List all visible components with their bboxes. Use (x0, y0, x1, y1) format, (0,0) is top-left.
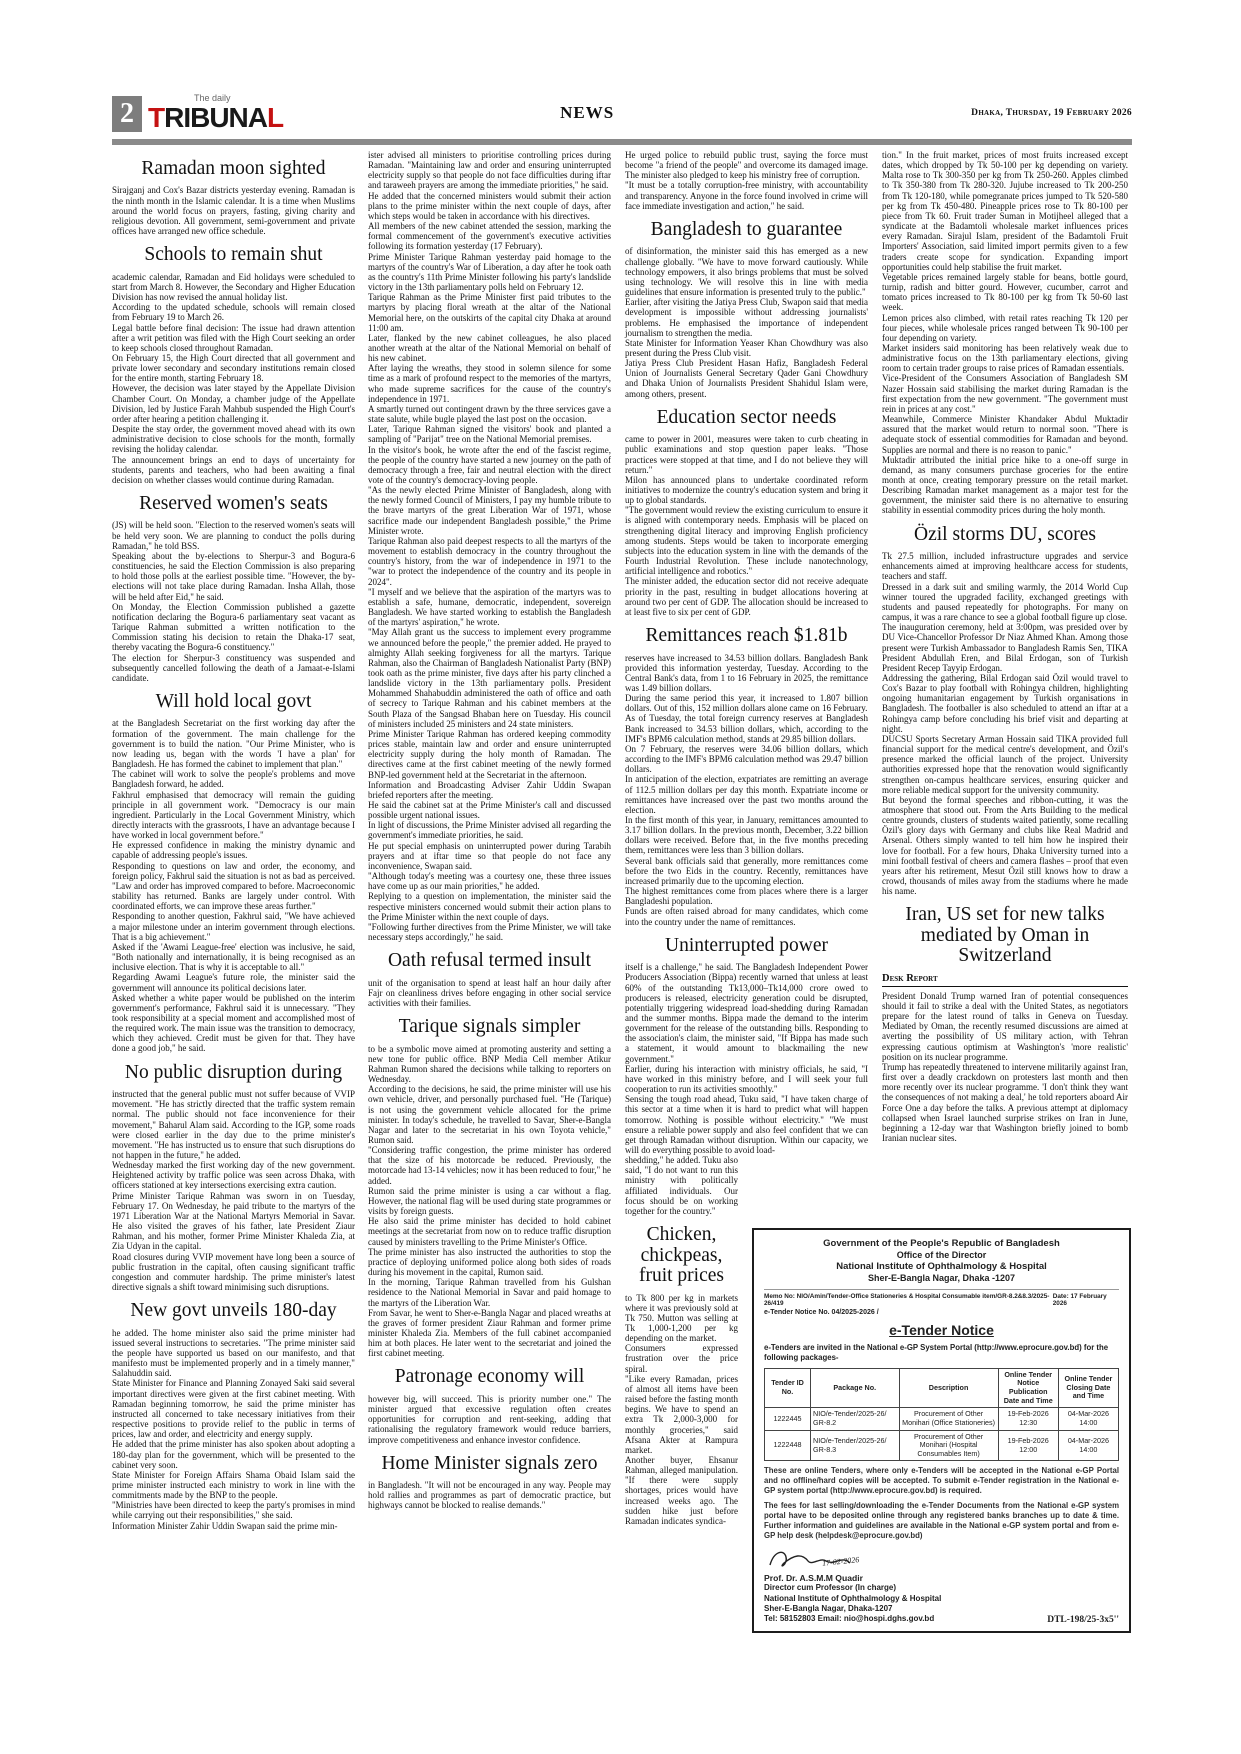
headline: Uninterrupted power (625, 936, 868, 956)
article-body: he added. The home minister also said th… (112, 1328, 355, 1531)
tender-invite-text: e-Tenders are invited in the National e-… (764, 1343, 1119, 1362)
tender-header: Government of the People's Republic of B… (764, 1238, 1119, 1284)
column-2: ister advised all ministers to prioritis… (368, 150, 611, 1511)
tender-table: Tender ID No. Package No. Description On… (764, 1368, 1119, 1462)
headline: New govt unveils 180-day (112, 1301, 355, 1321)
headline: Reserved women's seats (112, 494, 355, 514)
article-body-wrapped: shedding," he added. Tuku also said, "I … (625, 1155, 738, 1216)
newspaper-logo: The daily TRIBUNAL (148, 94, 283, 132)
article-body: tion." In the fruit market, prices of mo… (882, 150, 1128, 516)
article-iran-us-talks: Iran, US set for new talks mediated by O… (882, 905, 1128, 1143)
article-body: reserves have increased to 34.53 billion… (625, 653, 868, 927)
tender-signatory: 17-02-2026 Prof. Dr. A.S.M.M Quadir Dire… (764, 1547, 941, 1625)
tender-ad-reference: DTL-198/25-3x5'' (1047, 1615, 1119, 1625)
article-continuation-pm-oath: ister advised all ministers to prioritis… (368, 150, 611, 942)
tender-id: 1222445 (765, 1408, 811, 1430)
headline: Home Minister signals zero (368, 1454, 611, 1474)
headline: Özil storms DU, scores (882, 525, 1128, 545)
headline: Oath refusal termed insult (368, 951, 611, 971)
tender-institute-line: National Institute of Ophthalmology & Ho… (764, 1261, 1119, 1273)
tender-table-header-row: Tender ID No. Package No. Description On… (765, 1368, 1119, 1408)
tender-row-1: 1222445 NIO/e-Tender/2025-26/ GR-8.2 Pro… (765, 1408, 1119, 1430)
headline: Ramadan moon sighted (112, 159, 355, 179)
signature-scribble: 17-02-2026 (764, 1547, 941, 1573)
headline: Schools to remain shut (112, 245, 355, 265)
col-description: Description (899, 1368, 998, 1408)
tender-office-line: Office of the Director (764, 1250, 1119, 1261)
article-body: at the Bangladesh Secretariat on the fir… (112, 718, 355, 1053)
headline: Iran, US set for new talks mediated by O… (882, 905, 1128, 966)
tender-note-1: These are online Tenders, where only e-T… (764, 1466, 1119, 1496)
article-body: unit of the organisation to spend at lea… (368, 978, 611, 1008)
article-schools-remain-shut: Schools to remain shut academic calendar… (112, 245, 355, 485)
logo-wordmark: TRIBUNAL (148, 102, 283, 133)
headline: Remittances reach $1.81b (625, 626, 868, 646)
masthead-left: 2 The daily TRIBUNAL (112, 94, 283, 132)
signatory-name: Prof. Dr. A.S.M.M Quadir (764, 1573, 941, 1583)
article-no-public-disruption: No public disruption during instructed t… (112, 1063, 355, 1293)
headline: Patronage economy will (368, 1367, 611, 1387)
headline: Chicken, chickpeas, fruit prices (625, 1225, 738, 1286)
article-body: academic calendar, Ramadan and Eid holid… (112, 272, 355, 485)
article-body: however big, will succeed. This is prior… (368, 1394, 611, 1445)
publication-date: 19-Feb-2026 12:00 (998, 1430, 1058, 1461)
article-body: Tk 27.5 million, included infrastructure… (882, 551, 1128, 896)
article-body: instructed that the general public must … (112, 1089, 355, 1292)
section-title: NEWS (560, 103, 614, 123)
tender-title: e-Tender Notice (764, 1322, 1119, 1338)
headline: Tarique signals simpler (368, 1017, 611, 1037)
article-education-sector-needs: Education sector needs came to power in … (625, 408, 868, 617)
description: Procurement of Other Monihari (Office St… (899, 1408, 998, 1430)
tender-memo-no: Memo No: NIO/Amin/Tender-Office Statione… (764, 1293, 1053, 1307)
tender-note-2: The fees for last selling/downloading th… (764, 1501, 1119, 1541)
article-body: President Donald Trump warned Iran of po… (882, 991, 1128, 1143)
closing-date: 04-Mar-2026 14:00 (1058, 1430, 1118, 1461)
article-continuation-fruit-market: tion." In the fruit market, prices of mo… (882, 150, 1128, 516)
tender-address-line: Sher-E-Bangla Nagar, Dhaka -1207 (764, 1273, 1119, 1284)
logo-letter-t: T (148, 102, 164, 133)
description: Procurement of Other Monihari (Hospital … (899, 1430, 998, 1461)
column-4: tion." In the fruit market, prices of mo… (882, 150, 1128, 1143)
signatory-institute: National Institute of Ophthalmology & Ho… (764, 1594, 941, 1604)
article-ramadan-moon-sighted: Ramadan moon sighted Sirajganj and Cox's… (112, 159, 355, 236)
article-bangladesh-to-guarantee: Bangladesh to guarantee of disinformatio… (625, 220, 868, 399)
column-1: Ramadan moon sighted Sirajganj and Cox's… (112, 150, 355, 1531)
article-reserved-womens-seats: Reserved women's seats (JS) will be held… (112, 494, 355, 683)
page-number-badge: 2 (112, 96, 142, 132)
col-package-no: Package No. (811, 1368, 900, 1408)
tender-memo-row: Memo No: NIO/Amin/Tender-Office Statione… (764, 1289, 1119, 1307)
headline: No public disruption during (112, 1063, 355, 1083)
article-body: of disinformation, the minister said thi… (625, 246, 868, 398)
package-no: NIO/e-Tender/2025-26/ GR-8.2 (811, 1408, 900, 1430)
signatory-address: Sher-E-Bangla Nagar, Dhaka-1207 (764, 1604, 941, 1614)
signatory-role: Director cum Professor (In charge) (764, 1583, 941, 1593)
closing-date: 04-Mar-2026 14:00 (1058, 1408, 1118, 1430)
article-new-govt-180-day: New govt unveils 180-day he added. The h… (112, 1301, 355, 1531)
tender-signature-row: 17-02-2026 Prof. Dr. A.S.M.M Quadir Dire… (764, 1547, 1119, 1625)
col-closing-date: Online Tender Closing Date and Time (1058, 1368, 1118, 1408)
tender-notice-box: Government of the People's Republic of B… (752, 1228, 1131, 1633)
article-home-minister-zero: Home Minister signals zero in Bangladesh… (368, 1454, 611, 1511)
signatory-contact: Tel: 58152803 Email: nio@hospi.dghs.gov.… (764, 1614, 941, 1624)
logo-letter-l: L (267, 102, 283, 133)
dateline: Dhaka, Thursday, 19 February 2026 (971, 108, 1132, 118)
article-oath-refusal-insult: Oath refusal termed insult unit of the o… (368, 951, 611, 1008)
publication-date: 19-Feb-2026 12:30 (998, 1408, 1058, 1430)
article-uninterrupted-power: Uninterrupted power itself is a challeng… (625, 936, 868, 1216)
masthead-rule (112, 139, 1132, 145)
tender-row-2: 1222448 NIO/e-Tender/2025-26/ GR-8.3 Pro… (765, 1430, 1119, 1461)
article-body: ister advised all ministers to prioritis… (368, 150, 611, 942)
tender-govt-line: Government of the People's Republic of B… (764, 1238, 1119, 1250)
newspaper-page: 2 The daily TRIBUNAL NEWS Dhaka, Thursda… (0, 0, 1241, 1754)
article-body: itself is a challenge," he said. The Ban… (625, 962, 868, 1155)
article-chicken-chickpeas-prices: Chicken, chickpeas, fruit prices to Tk 8… (625, 1225, 738, 1526)
article-body: to Tk 800 per kg in markets where it was… (625, 1293, 738, 1527)
article-body: to be a symbolic move aimed at promoting… (368, 1044, 611, 1359)
headline: Will hold local govt (112, 692, 355, 712)
tender-memo-date: Date: 17 February 2026 (1053, 1293, 1119, 1307)
article-remittances-reach: Remittances reach $1.81b reserves have i… (625, 626, 868, 927)
article-body: He urged police to rebuild public trust,… (625, 150, 868, 211)
package-no: NIO/e-Tender/2025-26/ GR-8.3 (811, 1430, 900, 1461)
headline: Education sector needs (625, 408, 868, 428)
masthead: 2 The daily TRIBUNAL NEWS Dhaka, Thursda… (112, 90, 1132, 136)
tender-notice-number: e-Tender Notice No. 04/2025-2026 / (764, 1309, 1119, 1316)
article-body: Sirajganj and Cox's Bazar districts yest… (112, 185, 355, 236)
article-ozil-storms-du: Özil storms DU, scores Tk 27.5 million, … (882, 525, 1128, 897)
logo-letters-mid: RIBUNA (164, 102, 267, 133)
article-body: (JS) will be held soon. "Election to the… (112, 520, 355, 683)
col-publication-date: Online Tender Notice Publication Date an… (998, 1368, 1058, 1408)
col-tender-id: Tender ID No. (765, 1368, 811, 1408)
article-will-hold-local-govt: Will hold local govt at the Bangladesh S… (112, 692, 355, 1054)
article-body: in Bangladesh. "It will not be encourage… (368, 1480, 611, 1510)
article-patronage-economy: Patronage economy will however big, will… (368, 1367, 611, 1444)
article-body: came to power in 2001, measures were tak… (625, 434, 868, 617)
headline: Bangladesh to guarantee (625, 220, 868, 240)
tender-id: 1222448 (765, 1430, 811, 1461)
byline-desk-report: Desk Report (882, 973, 1128, 987)
logo-tagline: The daily (194, 94, 231, 103)
article-continuation-police-trust: He urged police to rebuild public trust,… (625, 150, 868, 211)
article-tarique-signals-simpler: Tarique signals simpler to be a symbolic… (368, 1017, 611, 1358)
